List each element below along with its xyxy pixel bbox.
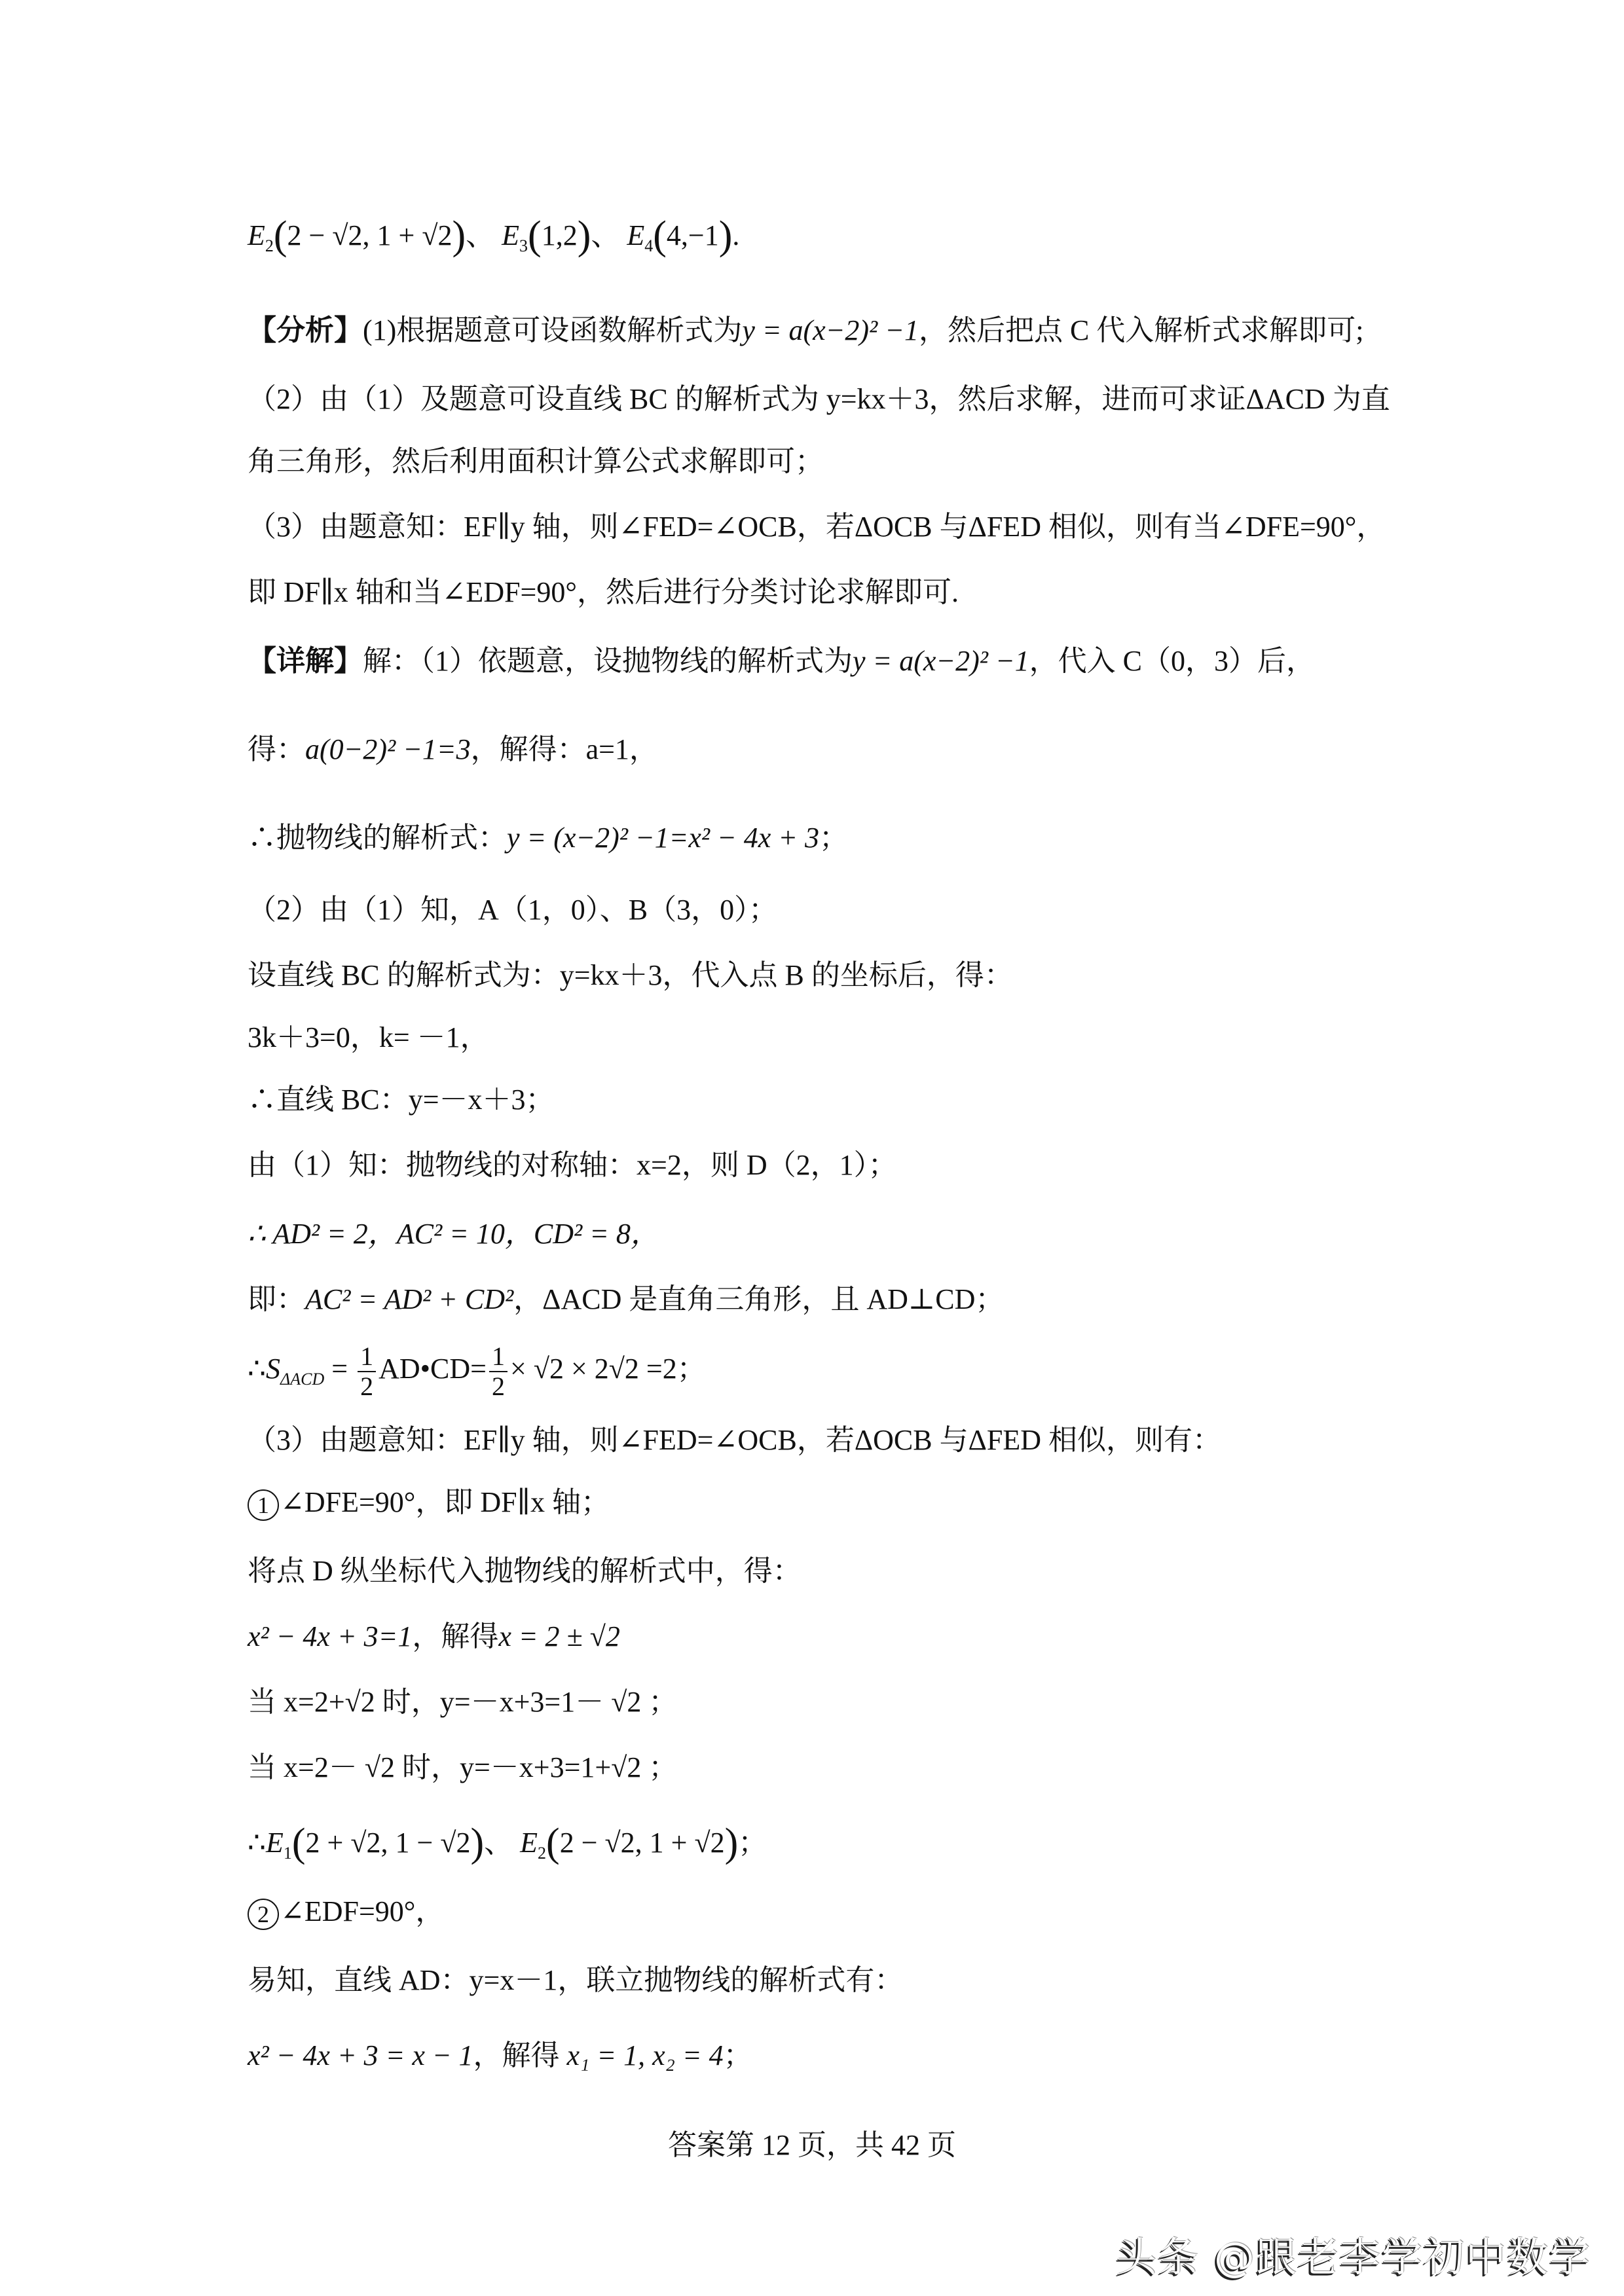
point-e2-label: E <box>248 219 265 251</box>
detail-line-9: ∴ AD² = 2，AC² = 10，CD² = 8， <box>248 1214 659 1254</box>
detail-text: ∴直线 BC：y=－x＋3； <box>248 1084 555 1116</box>
case-1-heading: 1∠DFE=90°，即 DF∥x 轴； <box>248 1483 610 1522</box>
case-2-heading: 2∠EDF=90°， <box>248 1892 444 1931</box>
denominator: 2 <box>489 1372 507 1401</box>
detail-line-case-plus: 当 x=2+√2 时，y=－x+3=1－ √2 ； <box>248 1683 677 1722</box>
detail-text: 当 x=2+√2 时，y=－x+3=1－ √2 ； <box>248 1686 677 1718</box>
point-e4-label: E <box>627 219 644 251</box>
analysis-text: ，然后把点 C 代入解析式求解即可; <box>919 314 1364 346</box>
subscript: 2 <box>538 1844 546 1863</box>
detail-line-sub-d: 将点 D 纵坐标代入抛物线的解析式中，得： <box>248 1552 802 1591</box>
detail-line-ad: 易知，直线 AD：y=x－1，联立抛物线的解析式有： <box>248 1961 903 2000</box>
detail-line-area: ∴SΔACD = 12AD•CD=12× √2 × 2√2 =2； <box>248 1342 706 1401</box>
point-e1-label: E <box>266 1827 284 1859</box>
detail-text: ∠EDF=90°， <box>280 1895 444 1927</box>
detail-text: 将点 D 纵坐标代入抛物线的解析式中，得： <box>248 1555 802 1587</box>
area-symbol: S <box>266 1353 280 1385</box>
subscript: 3 <box>519 236 528 255</box>
analysis-line-5: 即 DF∥x 轴和当∠EDF=90°，然后进行分类讨论求解即可. <box>248 573 959 612</box>
formula: x² − 4x + 3 = x − 1 <box>248 2039 473 2071</box>
subscript: 4 <box>644 236 653 255</box>
detail-text: 易知，直线 AD：y=x－1，联立抛物线的解析式有： <box>248 1964 903 1996</box>
paren-open: ( <box>528 213 542 258</box>
fraction-half: 12 <box>358 1342 376 1401</box>
coords: 2 − √2, 1 + √2 <box>560 1827 725 1859</box>
analysis-text: 角三角形，然后利用面积计算公式求解即可； <box>248 445 824 477</box>
subscript: 2 <box>265 236 274 255</box>
detail-text: （2）由（1）知，A（1，0）、B（3，0）； <box>248 894 777 926</box>
therefore-symbol: ∴ <box>248 1353 266 1385</box>
coords: 4,−1 <box>667 219 719 251</box>
formula: y = a(x−2)² −1 <box>853 645 1029 677</box>
paren-close: ) <box>470 1821 484 1865</box>
numerator: 1 <box>358 1342 376 1372</box>
point-e2-label: E <box>520 1827 538 1859</box>
detail-line-5: 设直线 BC 的解析式为：y=kx＋3，代入点 B 的坐标后，得： <box>248 956 1013 995</box>
detail-line-2: 得：a(0−2)² −1=3，解得：a=1， <box>248 730 658 769</box>
formula: y = (x−2)² −1=x² − 4x + 3 <box>507 822 819 854</box>
analysis-tag: 【分析】 <box>248 314 363 346</box>
circled-number-2: 2 <box>248 1899 279 1930</box>
detail-text: 当 x=2－ √2 时，y=－x+3=1+√2 ； <box>248 1751 677 1783</box>
detail-text: 得： <box>248 733 305 765</box>
period: . <box>732 219 739 251</box>
denominator: 2 <box>358 1372 376 1401</box>
equals: = <box>324 1353 355 1385</box>
page-number-footer: 答案第 12 页，共 42 页 <box>0 2121 1624 2163</box>
detail-line-1: 【详解】解：（1）依题意，设抛物线的解析式为y = a(x−2)² −1，代入 … <box>248 642 1315 681</box>
detail-line-4: （2）由（1）知，A（1，0）、B（3，0）； <box>248 890 777 930</box>
formula: x² − 4x + 3=1 <box>248 1620 412 1652</box>
coords: 2 − √2, 1 + √2 <box>287 219 452 251</box>
detail-text: ，代入 C（0，3）后， <box>1029 645 1315 677</box>
detail-text: ，解得 <box>412 1620 498 1652</box>
detail-text: 解：（1）依题意，设抛物线的解析式为 <box>363 645 853 677</box>
circled-number-1: 1 <box>248 1489 279 1521</box>
analysis-text: 即 DF∥x 轴和当∠EDF=90°，然后进行分类讨论求解即可. <box>248 576 959 608</box>
analysis-line-1: 【分析】(1)根据题意可设函数解析式为y = a(x−2)² −1，然后把点 C… <box>248 311 1364 350</box>
therefore-symbol: ∴ <box>248 1827 266 1859</box>
semicolon: ； <box>724 2039 752 2071</box>
analysis-text: （3）由题意知：EF∥y 轴，则∠FED=∠OCB，若ΔOCB 与ΔFED 相似… <box>248 511 1385 543</box>
detail-text: ∠DFE=90°，即 DF∥x 轴； <box>280 1486 610 1518</box>
detail-text: ∴抛物线的解析式： <box>248 822 507 854</box>
solution-line-points-e2-e3-e4: E2(2 − √2, 1 + √2)、 E3(1,2)、 E4(4,−1). <box>248 216 739 255</box>
paren-close: ) <box>452 213 466 258</box>
detail-text: 设直线 BC 的解析式为：y=kx＋3，代入点 B 的坐标后，得： <box>248 959 1013 991</box>
detail-text: 即： <box>248 1283 305 1315</box>
detail-text: ； <box>819 822 848 854</box>
analysis-line-4: （3）由题意知：EF∥y 轴，则∠FED=∠OCB，若ΔOCB 与ΔFED 相似… <box>248 507 1385 547</box>
detail-line-10: 即：AC² = AD² + CD²，ΔACD 是直角三角形，且 AD⊥CD； <box>248 1280 1004 1319</box>
formula: x = 2 ± √2 <box>498 1620 620 1652</box>
paren-close: ) <box>725 1821 739 1865</box>
detail-line-solve-2: x² − 4x + 3 = x − 1，解得 x₁ = 1, x₂ = 4； <box>248 2036 752 2075</box>
detail-tag: 【详解】 <box>248 645 363 677</box>
analysis-text: (1)根据题意可设函数解析式为 <box>363 314 742 346</box>
paren-close: ) <box>719 213 733 258</box>
detail-text: 3k＋3=0，k= －1， <box>248 1021 489 1053</box>
separator: 、 <box>484 1827 513 1859</box>
watermark-label: 头条 @跟老李学初中数学 <box>1116 2225 1591 2283</box>
detail-text: × √2 × 2√2 =2； <box>510 1353 706 1385</box>
solution-line-points-e1-e2: ∴E1(2 + √2, 1 − √2)、 E2(2 − √2, 1 + √2)； <box>248 1823 767 1863</box>
paren-open: ( <box>546 1821 560 1865</box>
point-e3-label: E <box>502 219 519 251</box>
subscript: 1 <box>284 1844 292 1863</box>
detail-text: ，解得：a=1， <box>471 733 658 765</box>
formula: AC² = AD² + CD² <box>305 1283 513 1315</box>
formula: x₁ = 1, x₂ = 4 <box>567 2039 724 2071</box>
fraction-half: 12 <box>489 1342 507 1401</box>
paren-open: ( <box>653 213 667 258</box>
subscript: ΔACD <box>280 1370 324 1389</box>
formula: a(0−2)² −1=3 <box>305 733 471 765</box>
paren-close: ) <box>578 213 591 258</box>
analysis-line-3: 角三角形，然后利用面积计算公式求解即可； <box>248 442 824 481</box>
detail-line-solve-1: x² − 4x + 3=1，解得x = 2 ± √2 <box>248 1617 620 1656</box>
detail-text: （3）由题意知：EF∥y 轴，则∠FED=∠OCB，若ΔOCB 与ΔFED 相似… <box>248 1424 1221 1456</box>
detail-text: AD•CD= <box>378 1353 487 1385</box>
formula: y = a(x−2)² −1 <box>742 314 919 346</box>
analysis-line-2: （2）由（1）及题意可设直线 BC 的解析式为 y=kx＋3，然后求解，进而可求… <box>248 380 1390 419</box>
detail-line-7: ∴直线 BC：y=－x＋3； <box>248 1080 555 1120</box>
analysis-text: （2）由（1）及题意可设直线 BC 的解析式为 y=kx＋3，然后求解，进而可求… <box>248 383 1390 415</box>
detail-text: ，解得 <box>473 2039 560 2071</box>
coords: 2 + √2, 1 − √2 <box>306 1827 471 1859</box>
separator: 、 <box>466 219 494 251</box>
detail-line-8: 由（1）知：抛物线的对称轴：x=2，则 D（2，1）； <box>248 1146 897 1185</box>
detail-text: ，ΔACD 是直角三角形，且 AD⊥CD； <box>513 1283 1004 1315</box>
paren-open: ( <box>292 1821 306 1865</box>
paren-open: ( <box>274 213 287 258</box>
coords: 1,2 <box>542 219 578 251</box>
numerator: 1 <box>489 1342 507 1372</box>
detail-line-case-minus: 当 x=2－ √2 时，y=－x+3=1+√2 ； <box>248 1748 677 1787</box>
detail-text: 由（1）知：抛物线的对称轴：x=2，则 D（2，1）； <box>248 1149 897 1181</box>
detail-line-3: ∴抛物线的解析式：y = (x−2)² −1=x² − 4x + 3； <box>248 818 848 858</box>
separator: 、 <box>591 219 619 251</box>
formula: ∴ AD² = 2，AC² = 10，CD² = 8， <box>248 1218 659 1250</box>
detail-line-part3: （3）由题意知：EF∥y 轴，则∠FED=∠OCB，若ΔOCB 与ΔFED 相似… <box>248 1421 1221 1460</box>
detail-line-6: 3k＋3=0，k= －1， <box>248 1018 489 1057</box>
semicolon: ； <box>738 1827 767 1859</box>
